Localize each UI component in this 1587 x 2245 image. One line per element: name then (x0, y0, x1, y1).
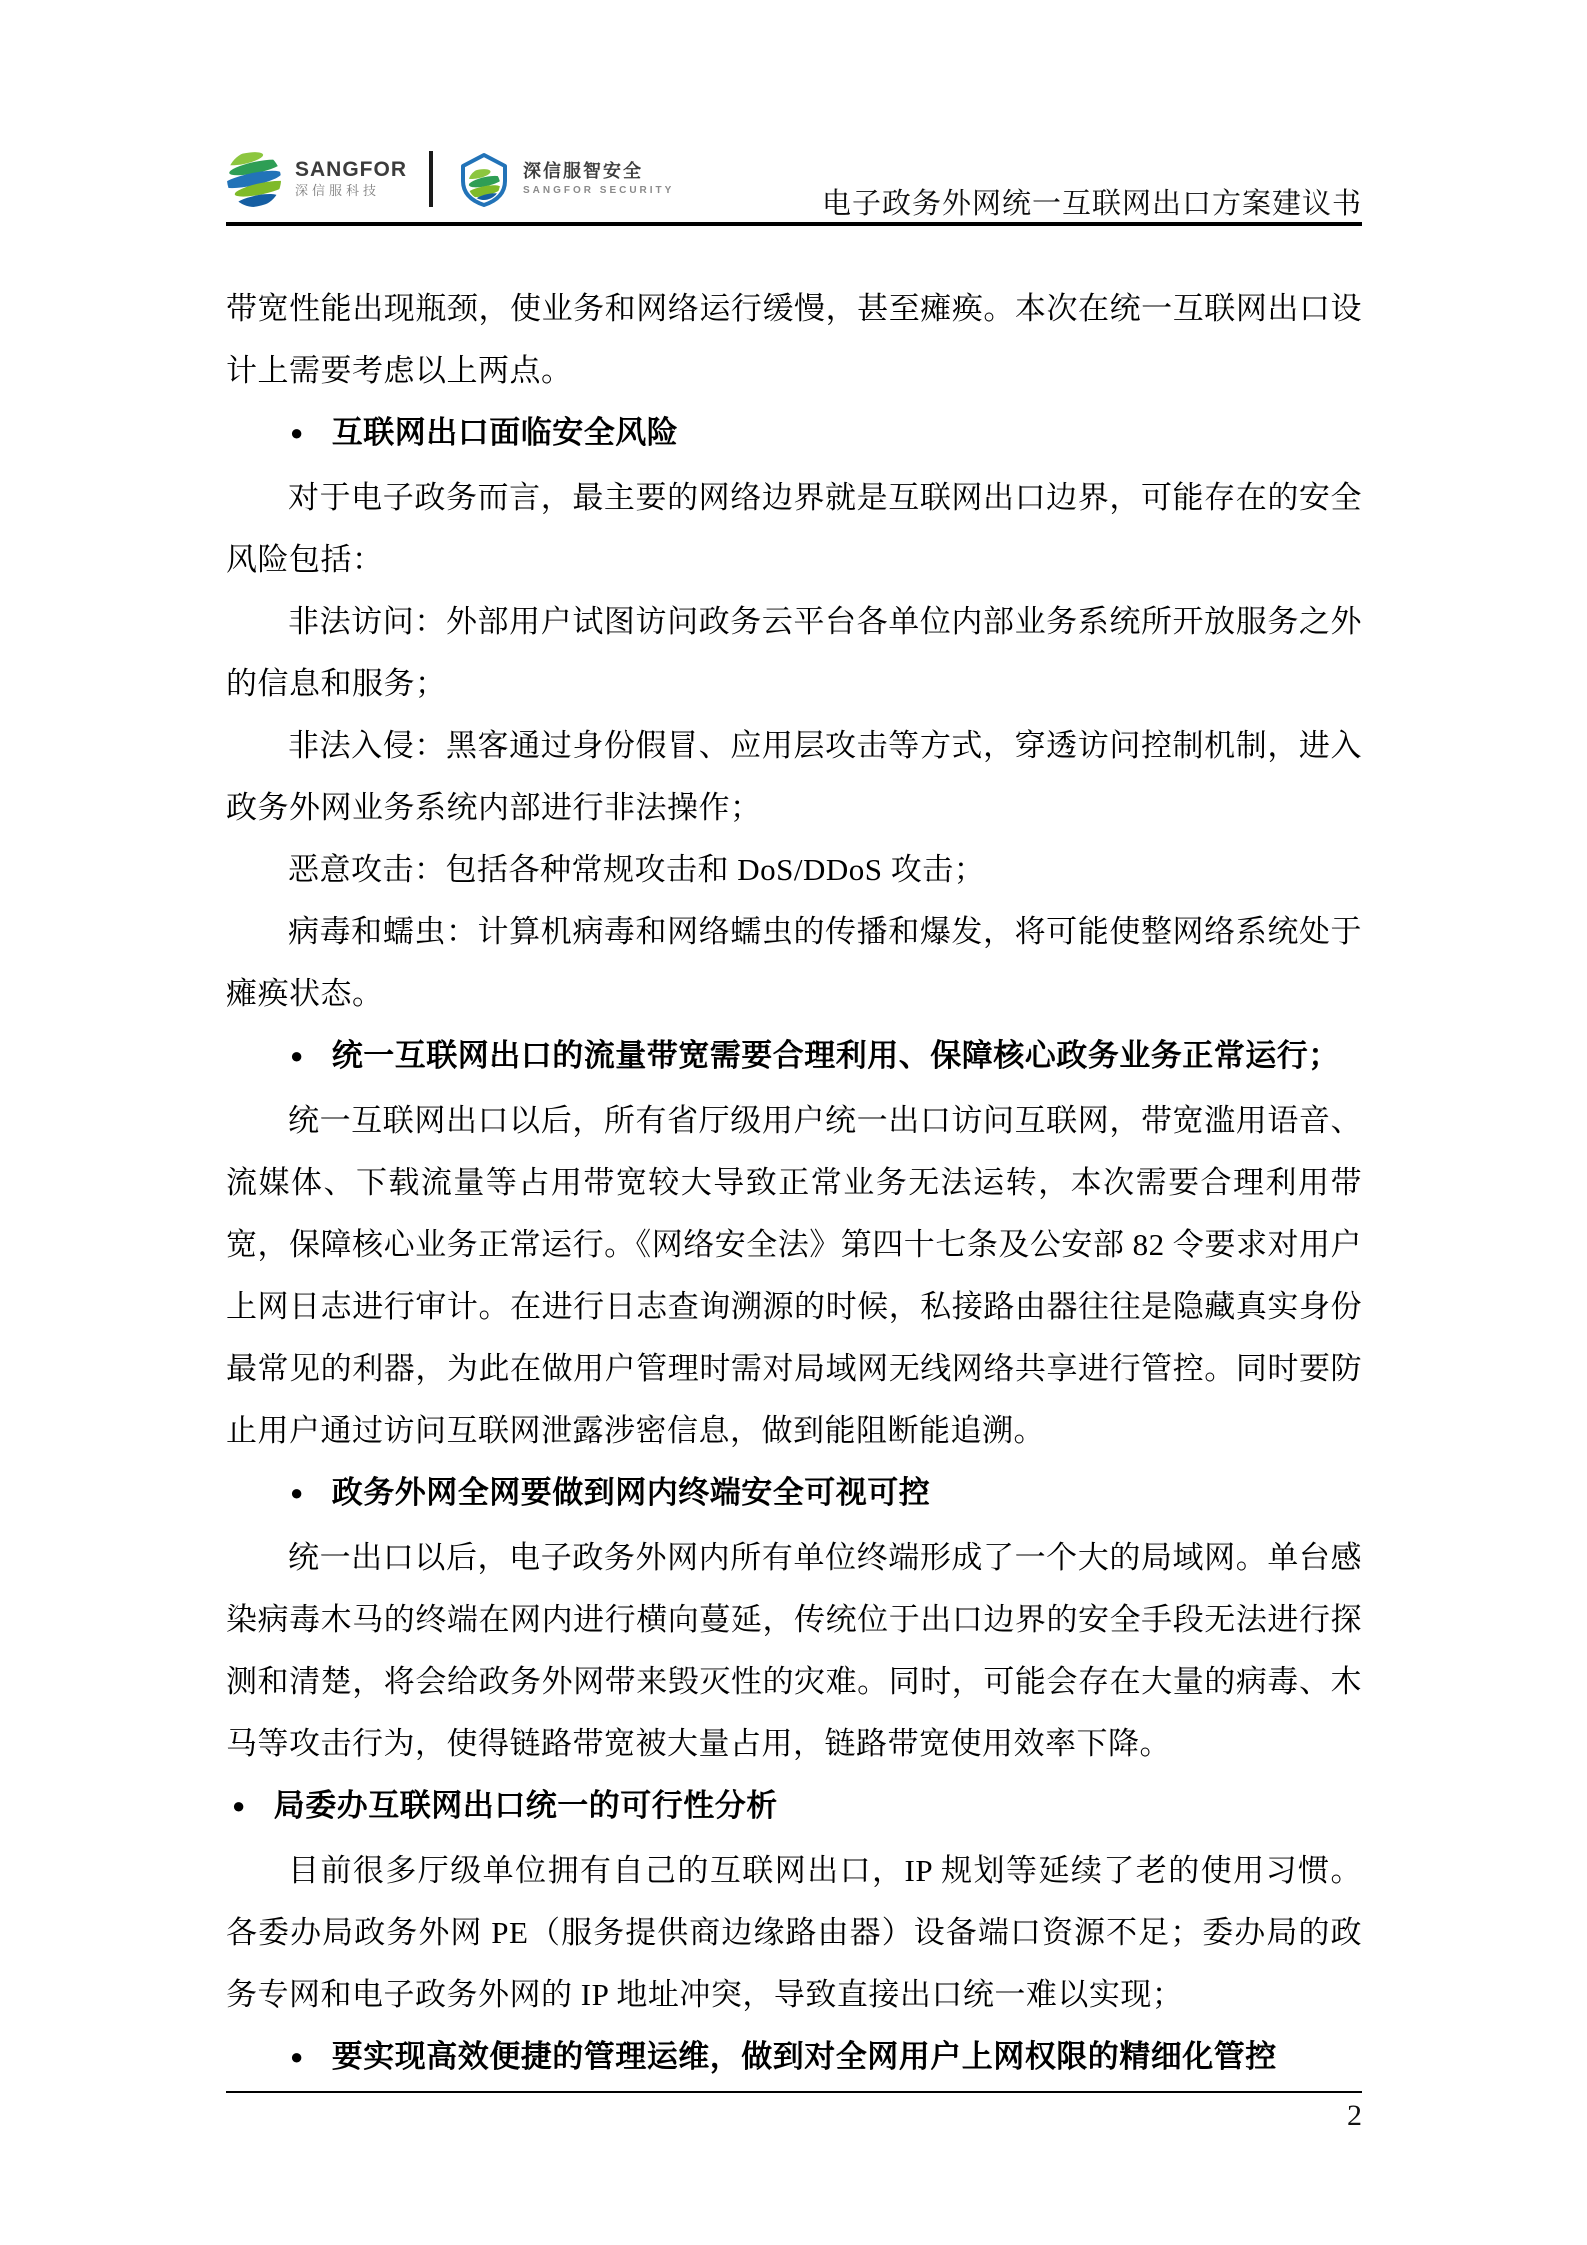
page-header: SANGFOR 深信服科技 深信服智安全 (226, 148, 1362, 226)
bullet-item: ●要实现高效便捷的管理运维，做到对全网用户上网权限的精细化管控 (226, 2026, 1362, 2091)
logo-divider (429, 151, 433, 207)
header-rule (226, 222, 1362, 226)
body-paragraph: 统一出口以后，电子政务外网内所有单位终端形成了一个大的局域网。单台感染病毒木马的… (226, 1527, 1362, 1775)
footer-rule (226, 2091, 1362, 2093)
bullet-item: ●统一互联网出口的流量带宽需要合理利用、保障核心政务业务正常运行； (226, 1025, 1362, 1090)
bullet-item: ●局委办互联网出口统一的可行性分析 (226, 1775, 1362, 1840)
security-shield-icon (459, 151, 509, 208)
brand-name: SANGFOR (295, 159, 407, 181)
bullet-text: 政务外网全网要做到网内终端安全可视可控 (332, 1475, 931, 1510)
sangfor-globe-icon (226, 150, 282, 208)
body-paragraph: 病毒和蠕虫：计算机病毒和网络蠕虫的传播和爆发，将可能使整网络系统处于瘫痪状态。 (226, 901, 1362, 1025)
document-title: 电子政务外网统一互联网出口方案建议书 (822, 188, 1362, 220)
body-paragraph: 非法入侵：黑客通过身份假冒、应用层攻击等方式，穿透访问控制机制，进入政务外网业务… (226, 715, 1362, 839)
bullet-text: 互联网出口面临安全风险 (332, 415, 679, 450)
page-footer: 2 (226, 2091, 1362, 2133)
bullet-item: ●互联网出口面临安全风险 (226, 402, 1362, 467)
bullet-dot-icon: ● (290, 402, 304, 464)
bullet-dot-icon: ● (290, 2026, 304, 2088)
bullet-item: ●政务外网全网要做到网内终端安全可视可控 (226, 1462, 1362, 1527)
body-paragraph: 目前很多厅级单位拥有自己的互联网出口，IP 规划等延续了老的使用习惯。各委办局政… (226, 1840, 1362, 2026)
bullet-dot-icon: ● (290, 1462, 304, 1524)
body-paragraph: 统一互联网出口以后，所有省厅级用户统一出口访问互联网，带宽滥用语音、流媒体、下载… (226, 1090, 1362, 1462)
bullet-dot-icon: ● (232, 1775, 246, 1837)
sangfor-logo: SANGFOR 深信服科技 深信服智安全 (226, 150, 674, 208)
page-number: 2 (226, 2099, 1362, 2133)
body-paragraph: 非法访问：外部用户试图访问政务云平台各单位内部业务系统所开放服务之外的信息和服务… (226, 591, 1362, 715)
document-body: 带宽性能出现瓶颈，使业务和网络运行缓慢，甚至瘫痪。本次在统一互联网出口设计上需要… (226, 278, 1362, 2091)
bullet-text: 局委办互联网出口统一的可行性分析 (274, 1788, 778, 1823)
security-brand-name: 深信服智安全 (523, 161, 674, 181)
body-paragraph: 恶意攻击：包括各种常规攻击和 DoS/DDoS 攻击； (226, 839, 1362, 901)
brand-subtitle: 深信服科技 (295, 183, 407, 199)
document-page: SANGFOR 深信服科技 深信服智安全 (0, 0, 1587, 2245)
bullet-text: 统一互联网出口的流量带宽需要合理利用、保障核心政务业务正常运行； (332, 1038, 1340, 1073)
bullet-text: 要实现高效便捷的管理运维，做到对全网用户上网权限的精细化管控 (332, 2039, 1277, 2074)
body-paragraph: 带宽性能出现瓶颈，使业务和网络运行缓慢，甚至瘫痪。本次在统一互联网出口设计上需要… (226, 278, 1362, 402)
bullet-dot-icon: ● (290, 1025, 304, 1087)
body-paragraph: 对于电子政务而言，最主要的网络边界就是互联网出口边界，可能存在的安全风险包括： (226, 467, 1362, 591)
security-brand-subtitle: SANGFOR SECURITY (523, 184, 674, 197)
